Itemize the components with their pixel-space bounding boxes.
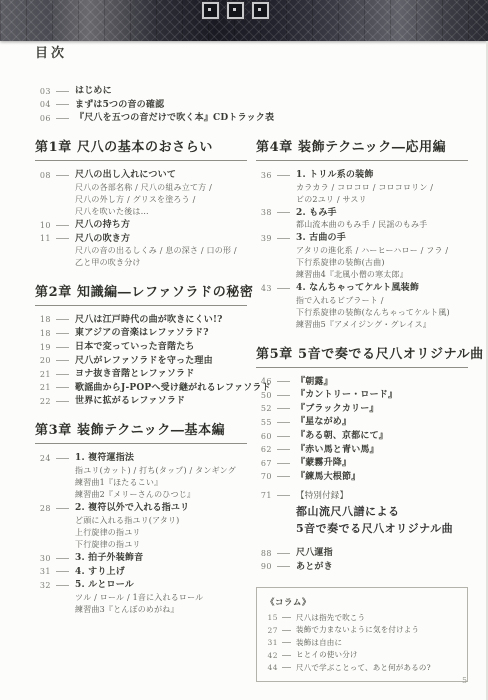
entry-page-number: 42 [266, 651, 278, 660]
entry-subtitle: 下行旋律の指ユリ [75, 541, 247, 550]
toc-entry: 18尺八は江戸時代の曲が吹きにくい!? [35, 315, 247, 325]
entry-dash [277, 476, 290, 477]
chapter-3-heading: 第3章 装飾テクニック―基本編 [35, 419, 247, 444]
entry-page-number: 50 [256, 391, 272, 400]
entry-title: 3. 拍子外装飾音 [75, 553, 143, 563]
entry-subtitle: 練習曲3『とんぼのめがね』 [75, 606, 247, 615]
entry-page-number: 28 [35, 504, 51, 513]
entry-title: あとがき [296, 562, 333, 572]
entry-title: 尺八運指 [296, 548, 333, 558]
toc-entry: 46『朝露』 [256, 377, 468, 387]
column-entry: 15尺八は指先で吹こう [266, 613, 458, 623]
entry-page-number: 38 [256, 208, 272, 217]
entry-title: 4. すり上げ [75, 567, 125, 577]
entry-page-number: 24 [35, 454, 51, 463]
entry-subtitle: 指で入れるビブラート / [296, 297, 468, 306]
entry-dash [56, 360, 69, 361]
appendix-line: 都山流尺八譜による [296, 504, 468, 519]
entry-dash [56, 225, 69, 226]
column-entry: 44尺八で学ぶことって、あと何があるの? [266, 663, 458, 673]
entry-subtitle: 都山流本曲のもみ手 / 民謡のもみ手 [296, 221, 468, 230]
entry-title: 『尺八を五つの音だけで吹く本』CDトラック表 [75, 113, 274, 123]
toc-entry: 434. なんちゃってケルト風装飾 [256, 283, 468, 293]
entry-page-number: 52 [256, 404, 272, 413]
toc-entry: 06『尺八を五つの音だけで吹く本』CDトラック表 [35, 113, 247, 123]
entry-title: 尺八で学ぶことって、あと何があるの? [296, 663, 431, 673]
column-box: 《コラム》 15尺八は指先で吹こう 27装飾で力まないように気を付けよう 31装… [256, 587, 468, 683]
entry-page-number: 11 [35, 234, 51, 243]
entry-title: ヒとイの使い分け [296, 650, 358, 660]
entry-dash [56, 458, 69, 459]
entry-page-number: 32 [35, 581, 51, 590]
entry-title: 3. 古曲の手 [296, 233, 346, 243]
entry-subtitle: 上行旋律の指ユリ [75, 529, 247, 538]
toc-entry: 314. すり上げ [35, 567, 247, 577]
toc-entry: 60『ある朝、京都にて』 [256, 431, 468, 441]
entry-dash [277, 566, 290, 567]
toc-entry: 18東アジアの音楽はレファソラド? [35, 328, 247, 338]
entry-page-number: 55 [256, 418, 272, 427]
entry-dash [277, 436, 290, 437]
entry-title: はじめに [75, 86, 112, 96]
special-appendix-entry: 71【特別付録】 都山流尺八譜による 5音で奏でる尺八オリジナル曲 [256, 491, 468, 537]
entry-dash [56, 104, 69, 105]
chapter-2-heading: 第2章 知識編―レファソラドの秘密 [35, 281, 247, 306]
chapter-5-heading: 第5章 5音で奏でる尺八オリジナル曲 [256, 343, 468, 368]
entry-page-number: 31 [266, 638, 278, 647]
chapter-1-heading: 第1章 尺八の基本のおさらい [35, 136, 247, 161]
entry-title: ヨナ抜き音階とレファソラド [75, 369, 194, 379]
entry-subtitle: 乙と甲の吹き分け [75, 259, 247, 268]
entry-title: 『練馬大根節』 [296, 472, 360, 482]
entry-title: 1. トリル系の装飾 [296, 170, 374, 180]
entry-subtitle: カラカラ / コロコロ / コロコロリン / [296, 184, 468, 193]
entry-page-number: 44 [266, 663, 278, 672]
entry-subtitle: 練習曲5『アメイジング・グレイス』 [296, 321, 468, 330]
toc-entry: 20尺八がレファソラドを守った理由 [35, 356, 247, 366]
entry-title: 尺八は江戸時代の曲が吹きにくい!? [75, 315, 223, 325]
toc-entry: 62『赤い馬と青い馬』 [256, 445, 468, 455]
entry-subtitle: 練習曲4『北風小僧の寒太郎』 [296, 271, 468, 280]
entry-title: 2. もみ手 [296, 208, 337, 218]
entry-subtitle: ど頭に入れる指ユリ(アタリ) [75, 517, 247, 526]
toc-entry: 55『星ながめ』 [256, 417, 468, 427]
toc-entry: 04まずは5つの音の確認 [35, 100, 247, 110]
entry-page-number: 39 [256, 234, 272, 243]
entry-dash [56, 238, 69, 239]
entry-dash [277, 553, 290, 554]
appendix-label: 【特別付録】 [296, 491, 348, 501]
entry-dash [277, 395, 290, 396]
entry-dash [277, 495, 290, 496]
toc-page: 目次 03はじめに 04まずは5つの音の確認 06『尺八を五つの音だけで吹く本』… [0, 0, 488, 700]
entry-subtitle: ツル / ロール / 1音に入れるロール [75, 594, 247, 603]
entry-title: 歌謡曲からJ-POPへ受け継がれるレファソラド [75, 383, 271, 393]
entry-dash [56, 571, 69, 572]
entry-dash [277, 381, 290, 382]
entry-dash [56, 387, 69, 388]
toc-entry: 282. 複符以外で入れる指ユリ [35, 503, 247, 513]
entry-subtitle: 尺八の音の出るしくみ / 息の深さ / 口の形 / [75, 247, 247, 256]
toc-entry: 11尺八の吹き方 [35, 234, 247, 244]
toc-entry: 21ヨナ抜き音階とレファソラド [35, 369, 247, 379]
toc-entry: 90あとがき [256, 562, 468, 572]
entry-subtitle: 尺八の外し方 / グリスを塗ろう / [75, 196, 247, 205]
column-entry: 42ヒとイの使い分け [266, 650, 458, 660]
entry-page-number: 18 [35, 329, 51, 338]
toc-entry: 08尺八の出し入れについて [35, 170, 247, 180]
entry-title: 装飾は自由に [296, 638, 342, 648]
toc-entry: 70『練馬大根節』 [256, 472, 468, 482]
entry-page-number: 46 [256, 377, 272, 386]
entry-page-number: 15 [266, 613, 278, 622]
entry-dash [277, 408, 290, 409]
appendix-line: 5音で奏でる尺八オリジナル曲 [296, 521, 468, 536]
entry-subtitle: 尺八の各部名称 / 尺八の組み立て方 / [75, 184, 247, 193]
entry-page-number: 67 [256, 459, 272, 468]
column-box-title: 《コラム》 [266, 596, 458, 608]
toc-title: 目次 [35, 42, 67, 61]
entry-title: 装飾で力まないように気を付けよう [296, 625, 419, 635]
entry-dash [56, 347, 69, 348]
entry-dash [56, 374, 69, 375]
entry-page-number: 22 [35, 397, 51, 406]
toc-entry: 19日本で変っていった音階たち [35, 342, 247, 352]
entry-dash [282, 617, 291, 618]
entry-dash [277, 288, 290, 289]
entry-page-number: 27 [266, 626, 278, 635]
entry-title: 東アジアの音楽はレファソラド? [75, 328, 209, 338]
entry-subtitle: 下行系旋律の装飾(なんちゃってケルト風) [296, 309, 468, 318]
entry-title: 尺八がレファソラドを守った理由 [75, 356, 213, 366]
entry-subtitle: 練習曲2『メリーさんのひつじ』 [75, 491, 247, 500]
band-square-motif [202, 2, 219, 19]
entry-title: 『朝露』 [296, 377, 333, 387]
entry-page-number: 21 [35, 370, 51, 379]
entry-page-number: 19 [35, 343, 51, 352]
entry-subtitle: 下行系旋律の装飾(古曲) [296, 259, 468, 268]
band-square-motif [227, 2, 244, 19]
entry-title: 尺八の持ち方 [75, 220, 130, 230]
entry-dash [56, 401, 69, 402]
toc-entry: 303. 拍子外装飾音 [35, 553, 247, 563]
entry-dash [282, 630, 291, 631]
toc-entry: 241. 複符運指法 [35, 453, 247, 463]
entry-title: 『ある朝、京都にて』 [296, 431, 388, 441]
toc-entry: 52『ブラックカリー』 [256, 404, 468, 414]
entry-page-number: 04 [35, 100, 51, 109]
entry-title: 4. なんちゃってケルト風装飾 [296, 283, 419, 293]
toc-entry: 382. もみ手 [256, 208, 468, 218]
toc-entry: 22世界に拡がるレファソラド [35, 396, 247, 406]
toc-entry: 03はじめに [35, 86, 247, 96]
entry-title: 2. 複符以外で入れる指ユリ [75, 503, 189, 513]
entry-subtitle: 練習曲1『ほたるこい』 [75, 479, 247, 488]
entry-title: 1. 複符運指法 [75, 453, 134, 463]
entry-dash [56, 508, 69, 509]
entry-dash [277, 238, 290, 239]
page-number: 5 [462, 676, 467, 685]
entry-title: 尺八の吹き方 [75, 234, 130, 244]
entry-page-number: 08 [35, 171, 51, 180]
entry-title: 世界に拡がるレファソラド [75, 396, 185, 406]
backmatter-entries: 88尺八運指 90あとがき [256, 548, 468, 572]
entry-page-number: 21 [35, 383, 51, 392]
entry-page-number: 31 [35, 567, 51, 576]
entry-subtitle: アタリの進化系 / ハーヒーハロー / フラ / [296, 247, 468, 256]
entry-page-number: 20 [35, 356, 51, 365]
entry-dash [282, 642, 291, 643]
band-square-motif [252, 2, 269, 19]
entry-dash [277, 463, 290, 464]
entry-page-number: 06 [35, 114, 51, 123]
entry-page-number: 30 [35, 554, 51, 563]
toc-entry: 67『蒙霧升降』 [256, 458, 468, 468]
entry-title: 尺八の出し入れについて [75, 170, 176, 180]
entry-dash [56, 585, 69, 586]
entry-subtitle: ビの2ユリ / サスリ [296, 196, 468, 205]
entry-page-number: 60 [256, 432, 272, 441]
entry-page-number: 10 [35, 221, 51, 230]
entry-subtitle: 尺八を吹いた後は… [75, 208, 247, 217]
entry-title: 日本で変っていった音階たち [75, 342, 195, 352]
entry-dash [277, 422, 290, 423]
entry-page-number: 43 [256, 284, 272, 293]
column-entry: 27装飾で力まないように気を付けよう [266, 625, 458, 635]
toc-entry: 393. 古曲の手 [256, 233, 468, 243]
entry-dash [56, 118, 69, 119]
entry-title: 5. ルとロール [75, 580, 134, 590]
toc-entry: 88尺八運指 [256, 548, 468, 558]
entry-page-number: 03 [35, 87, 51, 96]
entry-subtitle: 指ユリ(カット) / 打ち(タップ) / タンギング [75, 467, 247, 476]
entry-dash [282, 667, 291, 668]
toc-entry: 325. ルとロール [35, 580, 247, 590]
entry-title: 『赤い馬と青い馬』 [296, 445, 379, 455]
entry-title: 『ブラックカリー』 [296, 404, 379, 414]
entry-dash [277, 449, 290, 450]
toc-entry: 361. トリル系の装飾 [256, 170, 468, 180]
entry-dash [277, 175, 290, 176]
chapter-4-heading: 第4章 装飾テクニック―応用編 [256, 136, 468, 161]
entry-page-number: 88 [256, 549, 272, 558]
entry-title: 『星ながめ』 [296, 417, 351, 427]
entry-dash [56, 333, 69, 334]
toc-entry: 50『カントリー・ロード』 [256, 390, 468, 400]
entry-page-number: 90 [256, 562, 272, 571]
decorative-header-pattern [0, 0, 488, 41]
entry-page-number: 62 [256, 445, 272, 454]
entry-title: 『カントリー・ロード』 [296, 390, 397, 400]
column-entry: 31装飾は自由に [266, 638, 458, 648]
entry-dash [56, 91, 69, 92]
entry-dash [277, 212, 290, 213]
entry-page-number: 70 [256, 472, 272, 481]
entry-title: 尺八は指先で吹こう [296, 613, 365, 623]
toc-entry: 21歌謡曲からJ-POPへ受け継がれるレファソラド [35, 383, 247, 393]
toc-entry: 10尺八の持ち方 [35, 220, 247, 230]
entry-page-number: 71 [256, 491, 272, 500]
entry-dash [282, 655, 291, 656]
entry-dash [56, 558, 69, 559]
entry-page-number: 36 [256, 171, 272, 180]
toc-right-column: 第4章 装飾テクニック―応用編 361. トリル系の装飾 カラカラ / コロコロ… [256, 136, 468, 682]
entry-dash [56, 175, 69, 176]
entry-page-number: 18 [35, 315, 51, 324]
entry-title: 『蒙霧升降』 [296, 458, 351, 468]
entry-dash [56, 319, 69, 320]
toc-left-column: 03はじめに 04まずは5つの音の確認 06『尺八を五つの音だけで吹く本』CDト… [35, 86, 247, 618]
entry-title: まずは5つの音の確認 [75, 100, 164, 110]
